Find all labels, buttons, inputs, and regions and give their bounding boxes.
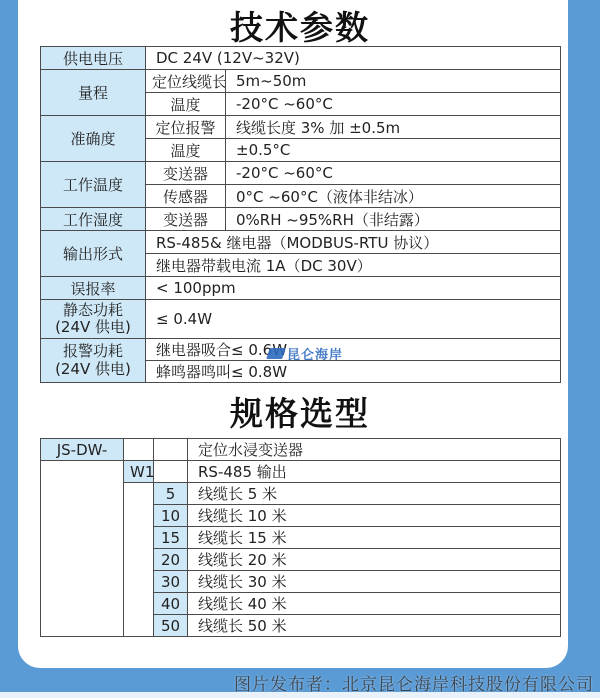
table-row: 工作温度 变送器 -20°C ~60°C xyxy=(41,162,561,185)
tech-params-title: 技术参数 xyxy=(40,2,560,49)
param-value: 线缆长度 3% 加 ±0.5m xyxy=(226,116,561,139)
param-sublabel: 变送器 xyxy=(146,208,226,231)
param-value: ≤ 0.4W xyxy=(146,300,561,339)
spec-selection-title: 规格选型 xyxy=(40,388,560,435)
option-description: 定位水浸变送器 xyxy=(188,439,561,461)
empty-cell xyxy=(41,461,124,637)
param-sublabel: 温度 xyxy=(146,139,226,162)
param-sublabel: 传感器 xyxy=(146,185,226,208)
param-label: 报警功耗 (24V 供电) xyxy=(41,339,146,383)
param-label: 量程 xyxy=(41,70,146,116)
param-label-line1: 静态功耗 xyxy=(63,301,123,319)
param-label-line2: (24V 供电) xyxy=(55,318,131,336)
option-description: 线缆长 5 米 xyxy=(188,483,561,505)
option-description: 线缆长 15 米 xyxy=(188,527,561,549)
kunlun-logo-icon xyxy=(266,348,286,359)
empty-cell xyxy=(124,483,154,637)
param-sublabel: 定位线缆长度 xyxy=(146,70,226,93)
param-value: 0%RH ~95%RH（非结露） xyxy=(226,208,561,231)
tech-params-table: 供电电压 DC 24V (12V~32V) 量程 定位线缆长度 5m~50m 温… xyxy=(40,46,561,383)
option-code: 30 xyxy=(154,571,188,593)
param-label: 输出形式 xyxy=(41,231,146,277)
param-value: ±0.5°C xyxy=(226,139,561,162)
content-panel: 技术参数 供电电压 DC 24V (12V~32V) 量程 定位线缆长度 5m~… xyxy=(18,0,568,668)
param-label: 工作湿度 xyxy=(41,208,146,231)
option-description: 线缆长 30 米 xyxy=(188,571,561,593)
param-sublabel: 变送器 xyxy=(146,162,226,185)
param-label: 误报率 xyxy=(41,277,146,300)
table-row: 工作湿度 变送器 0%RH ~95%RH（非结露） xyxy=(41,208,561,231)
model-prefix: JS-DW- xyxy=(41,439,124,461)
param-label: 静态功耗 (24V 供电) xyxy=(41,300,146,339)
table-row: 量程 定位线缆长度 5m~50m xyxy=(41,70,561,93)
publisher-credit: 图片发布者：北京昆仑海岸科技股份有限公司 xyxy=(234,670,594,695)
param-value: 0°C ~60°C（液体非结冰） xyxy=(226,185,561,208)
option-description: 线缆长 10 米 xyxy=(188,505,561,527)
option-code: 40 xyxy=(154,593,188,615)
param-value: < 100ppm xyxy=(146,277,561,300)
option-code: 50 xyxy=(154,615,188,637)
table-row: W1 RS-485 输出 xyxy=(41,461,561,483)
param-label: 供电电压 xyxy=(41,47,146,70)
table-row: 误报率 < 100ppm xyxy=(41,277,561,300)
empty-cell xyxy=(124,439,154,461)
param-label-line2: (24V 供电) xyxy=(55,360,131,378)
option-code: 20 xyxy=(154,549,188,571)
param-value: -20°C ~60°C xyxy=(226,93,561,116)
param-value: RS-485& 继电器（MODBUS-RTU 协议） xyxy=(146,231,561,254)
table-row: JS-DW- 定位水浸变送器 xyxy=(41,439,561,461)
param-value: 继电器带载电流 1A（DC 30V） xyxy=(146,254,561,277)
table-row: 供电电压 DC 24V (12V~32V) xyxy=(41,47,561,70)
spec-selection-table: JS-DW- 定位水浸变送器 W1 RS-485 输出 5 线缆长 5 米 10… xyxy=(40,438,561,637)
table-row: 准确度 定位报警 线缆长度 3% 加 ±0.5m xyxy=(41,116,561,139)
table-row: 静态功耗 (24V 供电) ≤ 0.4W xyxy=(41,300,561,339)
option-code: 15 xyxy=(154,527,188,549)
kunlun-logo: 昆仑海岸 xyxy=(268,344,343,363)
option-code: 5 xyxy=(154,483,188,505)
empty-cell xyxy=(154,461,188,483)
param-value: 蜂鸣器鸣叫≤ 0.8W xyxy=(146,361,561,383)
param-label-line1: 报警功耗 xyxy=(63,342,123,360)
option-description: 线缆长 20 米 xyxy=(188,549,561,571)
table-row: 输出形式 RS-485& 继电器（MODBUS-RTU 协议） xyxy=(41,231,561,254)
param-sublabel: 温度 xyxy=(146,93,226,116)
param-label: 工作温度 xyxy=(41,162,146,208)
option-description: 线缆长 50 米 xyxy=(188,615,561,637)
param-value: -20°C ~60°C xyxy=(226,162,561,185)
param-label: 准确度 xyxy=(41,116,146,162)
param-value: 继电器吸合≤ 0.6W xyxy=(146,339,561,361)
option-code: W1 xyxy=(124,461,154,483)
option-description: RS-485 输出 xyxy=(188,461,561,483)
param-sublabel: 定位报警 xyxy=(146,116,226,139)
empty-cell xyxy=(154,439,188,461)
param-value: 5m~50m xyxy=(226,70,561,93)
option-code: 10 xyxy=(154,505,188,527)
param-value: DC 24V (12V~32V) xyxy=(146,47,561,70)
kunlun-logo-text: 昆仑海岸 xyxy=(287,344,343,363)
option-description: 线缆长 40 米 xyxy=(188,593,561,615)
